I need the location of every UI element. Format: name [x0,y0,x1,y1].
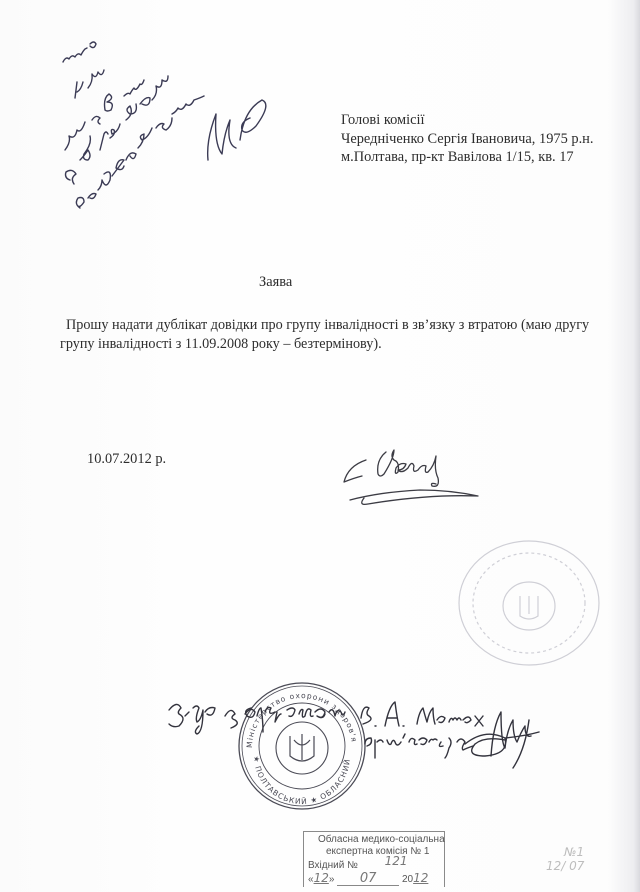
application-body: Прошу надати дублікат довідки про групу … [60,316,620,353]
registration-stamp: Обласна медико-соціальна експертна коміс… [303,831,445,887]
document-date: 10.07.2012 р. [87,451,166,468]
stamp-incoming-label: Вхідний № [308,860,358,871]
addressee-line: Чередніченко Сергія Івановича, 1975 р.н. [341,130,593,149]
stamp-incoming-number: 121 [385,854,408,868]
body-line: Прошу надати дублікат довідки про групу … [60,316,620,335]
faded-note-line: №1 [546,845,584,859]
stamp-date-row: «12» 07 2012 [308,872,440,886]
stamp-year-suffix: 12 [413,871,428,885]
document-title: Заява [259,274,292,291]
stamp-incoming-row: Вхідний № 121 [308,858,440,872]
stamp-line: експертна комісія № 1 [308,846,440,858]
faded-note-line: 12/ 07 [546,859,584,873]
stamp-year-prefix: 20 [402,874,413,885]
stamp-line: Обласна медико-соціальна [308,834,440,846]
addressee-line: м.Полтава, пр-кт Вавілова 1/15, кв. 17 [341,148,593,167]
body-line: групу інвалідності з 11.09.2008 року – б… [60,335,620,354]
addressee-block: Голові комісії Чередніченко Сергія Івано… [341,111,593,167]
addressee-line: Голові комісії [341,111,593,130]
faded-round-stamp [454,538,604,668]
certification-handwriting [165,680,545,770]
stamp-month: 07 [337,873,399,886]
scanned-page: Голові комісії Чередніченко Сергія Івано… [0,0,640,892]
applicant-signature [340,448,490,508]
stamp-day: 12 [314,871,329,885]
faded-note: №1 12/ 07 [546,845,584,873]
handwritten-resolution [40,10,270,220]
